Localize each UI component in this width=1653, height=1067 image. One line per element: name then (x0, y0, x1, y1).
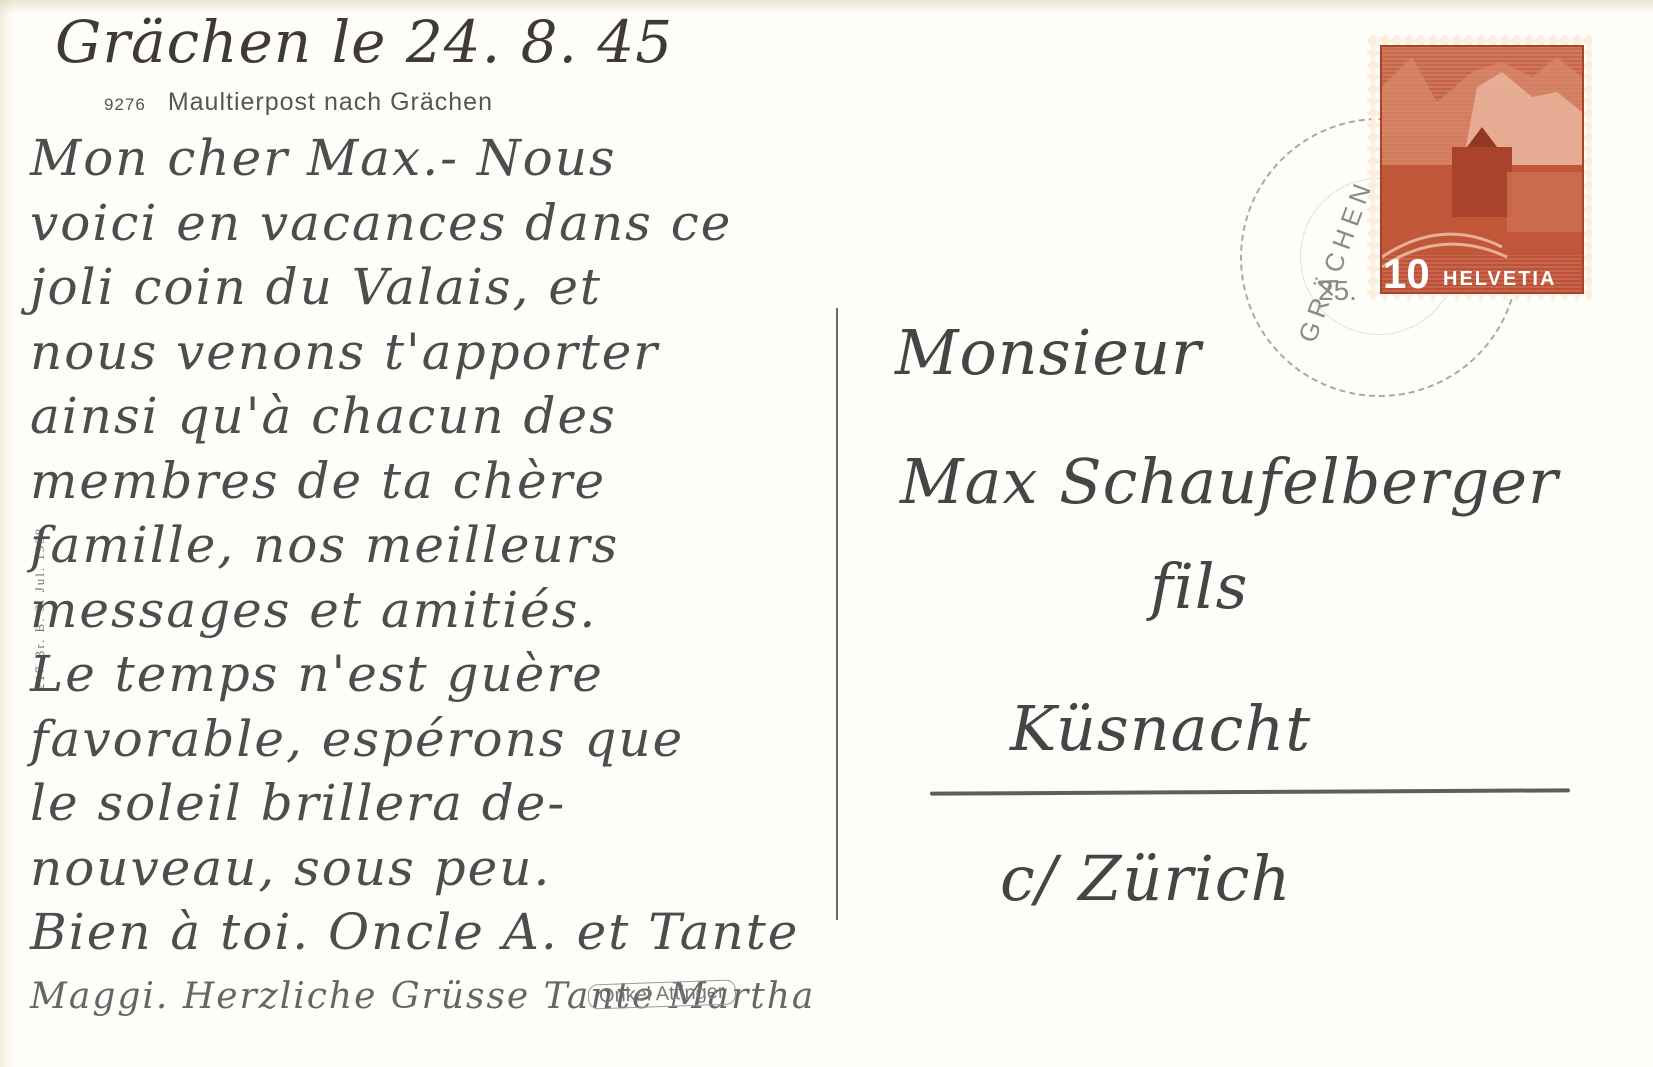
handwritten-message: Mon cher Max.- Nous voici en vacances da… (30, 126, 850, 1029)
stamp-country: HELVETIA (1443, 268, 1556, 291)
address-line: fils (1150, 550, 1248, 623)
address-line: Max Schaufelberger (900, 445, 1559, 518)
address-line: Monsieur (895, 316, 1202, 389)
message-line: le soleil brillera de- (30, 771, 850, 836)
message-line: Bien à toi. Oncle A. et Tante (30, 900, 850, 965)
signature-stamp: Onkel Attinger (588, 979, 736, 1009)
message-line: Mon cher Max.- Nous (30, 126, 850, 191)
printed-caption: 9276Maultierpost nach Grächen (104, 88, 493, 117)
address-underline (930, 788, 1570, 795)
caption-title: Maultierpost nach Grächen (168, 88, 493, 116)
postcard-back: Grächen le 24. 8. 45 9276Maultierpost na… (0, 0, 1653, 1067)
divider-line (836, 308, 838, 920)
address-line: Küsnacht (1010, 692, 1311, 765)
message-line: messages et amitiés. (30, 578, 850, 643)
caption-number: 9276 (104, 95, 146, 114)
message-line: nouveau, sous peu. (30, 836, 850, 901)
message-line: favorable, espérons que (30, 707, 850, 772)
message-line: Le temps n'est guère (30, 642, 850, 707)
message-line: joli coin du Valais, et (30, 255, 850, 320)
dateline: Grächen le 24. 8. 45 (55, 8, 673, 76)
stamp-value: 10 (1383, 253, 1430, 295)
message-line: membres de ta chère (30, 449, 850, 514)
message-line: voici en vacances dans ce (30, 191, 850, 256)
address-line: c/ Zürich (1000, 842, 1291, 915)
postmark-date: 25. (1318, 275, 1357, 307)
message-line: ainsi qu'à chacun des (30, 384, 850, 449)
message-line: nous venons t'apporter (30, 320, 850, 385)
message-line: famille, nos meilleurs (30, 513, 850, 578)
